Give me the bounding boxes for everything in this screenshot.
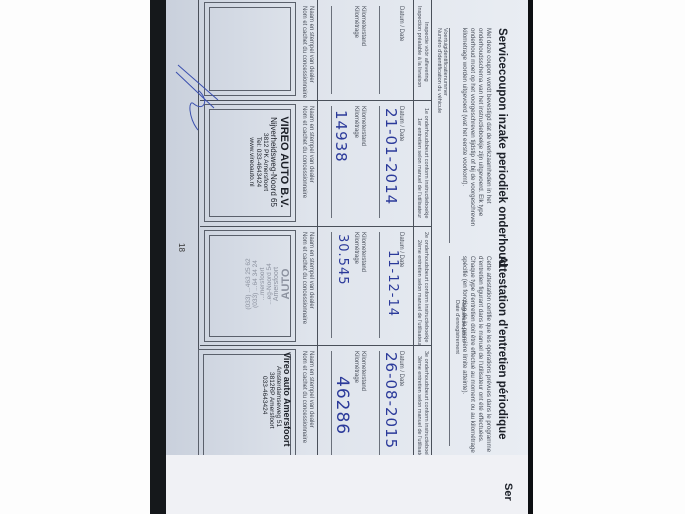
coupon-header-nl: 3e onderhoudsbeurt conform instructieboe… [422, 351, 429, 461]
coupon-header-fr: Inspection préalable à la livraison [415, 6, 422, 87]
dealer-label-fr: Nom et cachet du concessionnaire [300, 106, 308, 198]
date-line [379, 6, 380, 94]
dealer-label-nl: Naam en stempel van dealer [307, 232, 315, 309]
stamp-street: Amsterdamseweg 51 [275, 352, 282, 456]
km-label-fr: Kilométrage [352, 6, 360, 38]
faded-dealer-stamp: (033) ...463 25 62 (033) ...64 34 24 ...… [245, 236, 292, 332]
dealer-label-fr: Nom et cachet du concessionnaire [300, 6, 308, 98]
dealer-label-nl: Naam en stempel van dealer [307, 6, 315, 83]
stamp-phone: (033) ...463 25 62 [245, 236, 252, 332]
intro-fr: Cette attestation certifie que les opéra… [460, 256, 492, 461]
stamp-street: ...eg-Noord 54 [266, 236, 273, 332]
stamp-phone: Tel: 033-4643424 [255, 112, 262, 212]
coupon-header-nl: 1e onderhoudsbeurt conform instructieboe… [422, 108, 429, 218]
intro-nl: Met deze coupon wordt bevestigd dat de w… [460, 28, 492, 233]
reg-date-label-nl: Registratiedatum [459, 300, 466, 342]
stamp-city: ...mersfoort [259, 236, 266, 332]
km-value: 30.545 [335, 234, 350, 286]
vehicle-id-label-nl: Voertuigidentificatienummer [441, 28, 448, 96]
reg-date-line [449, 256, 450, 446]
coupon-header-nl: 2e onderhoudsbeurt conform instructieboe… [422, 232, 429, 342]
rotated-page-content: Servicecoupon inzake periodiek onderhoud… [166, 0, 528, 514]
stamp-city: 3812 PK Amersfoort [262, 112, 269, 212]
date-line [379, 232, 380, 338]
stamp-phone: (033) ...64 34 24 [252, 236, 259, 332]
grid-divider [200, 226, 432, 227]
km-line [331, 106, 332, 218]
grid-divider [200, 345, 432, 346]
signature-scribble [168, 60, 228, 140]
vehicle-id-line [449, 28, 450, 243]
stamp-street: Nijverheidsweg-Noord 65 [269, 112, 278, 212]
next-page-corner: Ser [166, 455, 528, 514]
service-date-value: 11-12-14 [385, 250, 400, 317]
stamp-dealer-name: VIREO AUTO B.V. [278, 112, 290, 212]
stamp-city: 3812RP Amersfoort [268, 352, 275, 456]
service-date-value: 26-08-2015 [382, 352, 400, 449]
coupon-header-fr: 2ème entretien selon manuel de l'utilisa… [415, 240, 422, 346]
title-fr: Attestation d'entretien périodique [496, 256, 508, 440]
service-booklet-page: Servicecoupon inzake periodiek onderhoud… [166, 0, 528, 514]
km-value: 46286 [332, 376, 352, 435]
coupon-header-fr: 3ème entretien selon manuel de l'utilisa… [415, 356, 422, 462]
km-value: 14938 [332, 110, 350, 163]
stamp-dealer-name: Vireo auto Amersfoort [282, 352, 292, 456]
date-label: Datum / Date [397, 6, 405, 41]
date-line [379, 351, 380, 457]
stamp-dealer-name: AUTO [280, 236, 292, 332]
km-label-nl: Kilometerstand [359, 232, 367, 272]
km-label-fr: Kilométrage [352, 232, 360, 264]
book-spine-edge [150, 0, 167, 514]
title-nl: Servicecoupon inzake periodiek onderhoud [496, 28, 508, 266]
dealer-label-fr: Nom et cachet du concessionnaire [300, 232, 308, 324]
stamp-web: www.vireoauto.nl [248, 112, 255, 212]
dealer-label-nl: Naam en stempel van dealer [307, 106, 315, 183]
km-line [331, 6, 332, 94]
dealer-label-nl: Naam en stempel van dealer [307, 351, 315, 428]
km-label-fr: Kilométrage [352, 351, 360, 383]
dealer-stamp: VIREO AUTO B.V. Nijverheidsweg-Noord 65 … [248, 112, 290, 212]
grid-divider [200, 100, 432, 101]
dealer-stamp: Vireo auto Amersfoort Amsterdamseweg 51 … [261, 352, 292, 456]
grid-divider [317, 0, 318, 464]
coupon-header-fr: 1er entretien selon manuel de l'utilisat… [415, 118, 422, 218]
next-page-title: Ser [502, 483, 514, 501]
stamp-city: Amersfoort [273, 236, 280, 332]
dealer-label-fr: Nom et cachet du concessionnaire [300, 351, 308, 443]
vehicle-id-label-fr: Numéro d'identification du véhicule [435, 28, 442, 113]
km-label-fr: Kilométrage [352, 106, 360, 138]
km-line [331, 351, 332, 457]
next-page-rotated: Ser [166, 455, 528, 514]
km-label-nl: Kilometerstand [359, 106, 367, 146]
page-number: 18 [177, 243, 186, 252]
reg-date-label-fr: Date d'enregistrement [453, 300, 460, 354]
grid-divider [413, 0, 414, 464]
date-line [379, 106, 380, 218]
km-label-nl: Kilometerstand [359, 6, 367, 46]
km-line [331, 232, 332, 338]
service-date-value: 21-01-2014 [382, 108, 400, 205]
coupon-header-nl: Inspectie vóór aflevering [422, 22, 429, 82]
km-label-nl: Kilometerstand [359, 351, 367, 391]
stamp-phone: 033-4643424 [261, 352, 268, 456]
